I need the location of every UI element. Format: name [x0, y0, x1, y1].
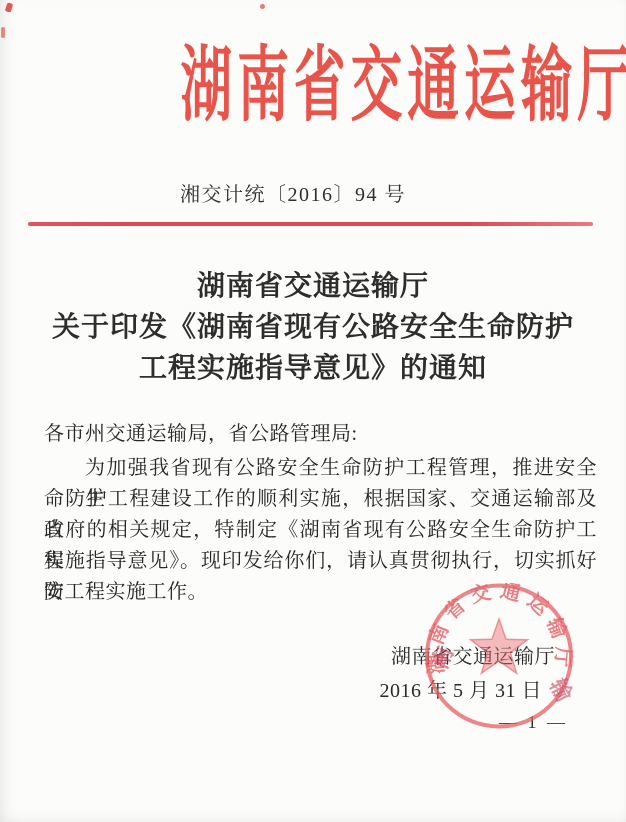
scan-artifact	[5, 2, 13, 12]
document-body: 各市州交通运输局，省公路管理局: 为加强我省现有公路安全生命防护工程管理，推进安…	[44, 418, 597, 608]
signature-date: 2016 年 5 月 31 日	[380, 680, 543, 702]
scan-artifact	[260, 4, 265, 9]
document-title-line-1: 湖南省交通运输厅	[0, 266, 626, 307]
seal-echo-character-right: 输	[544, 673, 574, 705]
paragraph-line: 政府的相关规定，特制定《湖南省现有公路安全生命防护工程	[44, 515, 597, 546]
letterhead-divider-rule	[28, 222, 593, 226]
letterhead-org-title: 湖南省交通运输厅文件	[14, 30, 626, 142]
paragraph-line: 防工程实施工作。	[44, 577, 597, 608]
signature-org-name: 湖南省交通运输厅	[391, 646, 555, 668]
letterhead-org-title-text: 湖南省交通运输厅文件	[181, 30, 626, 142]
paragraph-line: 实施指导意见》。现印发给你们，请认真贯彻执行，切实抓好安	[44, 546, 597, 577]
document-number: 湘交计统〔2016〕94 号	[0, 182, 586, 208]
document-page: 湖南省交通运输厅文件 湘交计统〔2016〕94 号 湖南省交通运输厅 关于印发《…	[0, 0, 626, 822]
paragraph-line: 命防护工程建设工作的顺利实施，根据国家、交通运输部及省	[44, 484, 597, 515]
document-title-line-3: 工程实施指导意见》的通知	[0, 348, 626, 389]
document-title: 湖南省交通运输厅 关于印发《湖南省现有公路安全生命防护 工程实施指导意见》的通知	[0, 266, 626, 389]
document-title-line-2: 关于印发《湖南省现有公路安全生命防护	[0, 307, 626, 348]
page-number: — 1 —	[499, 711, 568, 733]
paragraph-line: 为加强我省现有公路安全生命防护工程管理，推进安全生	[44, 453, 597, 484]
scan-artifact	[1, 27, 5, 38]
salutation-line: 各市州交通运输局，省公路管理局:	[44, 418, 597, 450]
